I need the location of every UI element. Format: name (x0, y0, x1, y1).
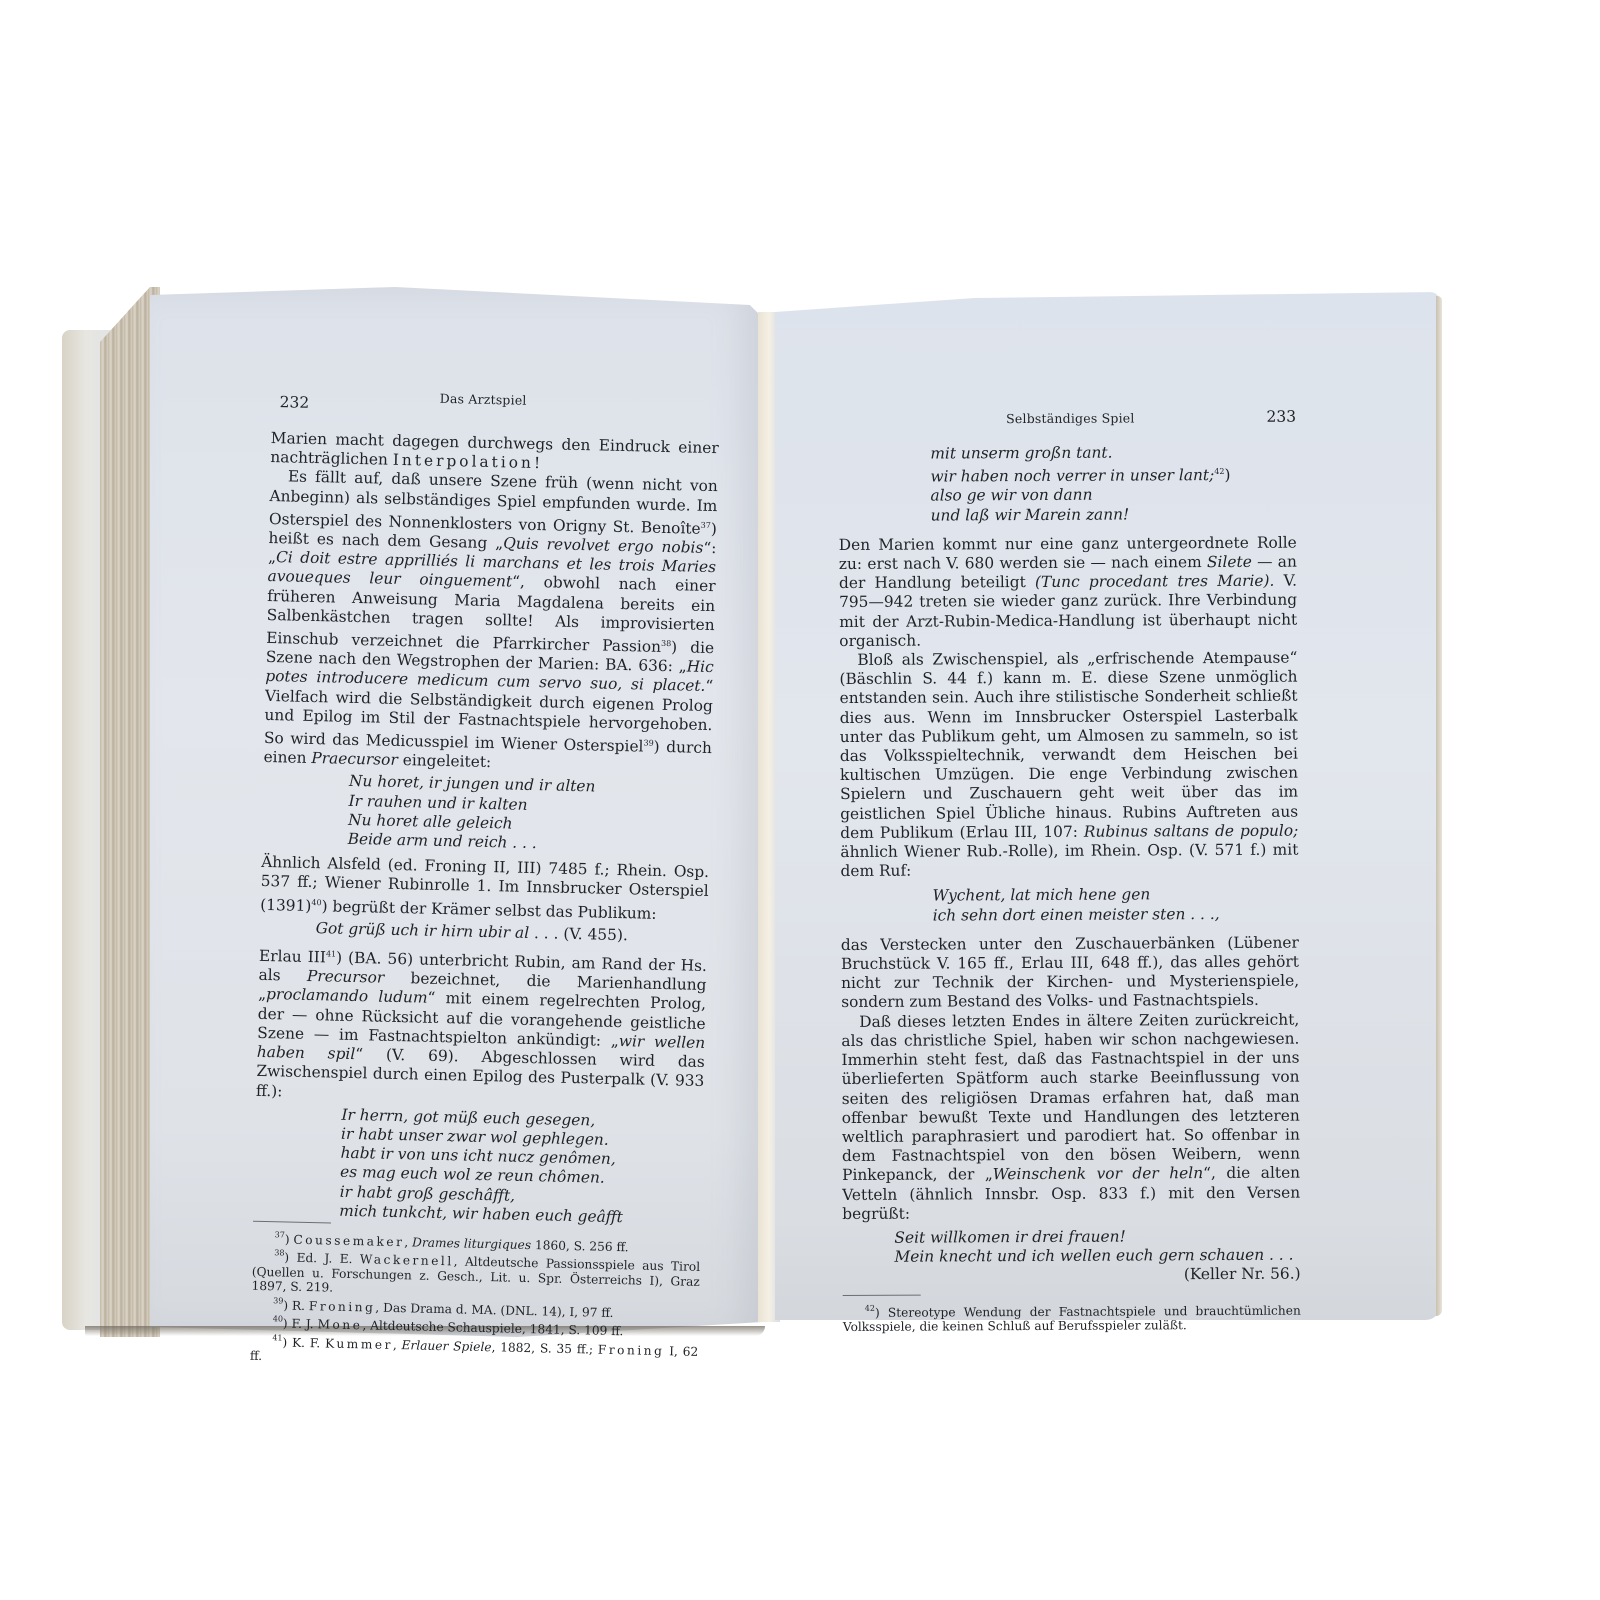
emphasized-word: Interpolation (393, 451, 535, 472)
paragraph: das Verstecken unter den Zuschauerbänken… (841, 933, 1299, 1012)
open-book: 232 Das Arztspiel Marien macht dagegen d… (0, 0, 1600, 1600)
footnotes-left: 37) Coussemaker, Drames liturgiques 1860… (250, 1228, 701, 1374)
paragraph: Erlau III41) (BA. 56) unterbricht Rubin,… (256, 943, 707, 1111)
footnote-ref: 41 (326, 949, 336, 958)
paragraph: Ähnlich Alsfeld (ed. Froning II, III) 74… (260, 853, 709, 925)
running-head-right: Selbständiges Spiel 233 (838, 396, 1296, 442)
footnote-ref: 37 (701, 521, 711, 530)
footnote-ref: 38 (661, 639, 671, 648)
left-page: 232 Das Arztspiel Marien macht dagegen d… (250, 385, 720, 1374)
right-page-edge (1436, 296, 1442, 1316)
verse-quote: Wychent, lat mich hene gen ich sehn dort… (933, 885, 1299, 925)
page-number-right: 233 (1266, 408, 1296, 427)
paragraph: Den Marien kommt nur eine ganz untergeor… (839, 533, 1298, 651)
verse-quote: Seit willkomen ir drei frauen! Mein knec… (894, 1227, 1300, 1287)
verse-quote: Nu horet, ir jungen und ir alten Ir rauh… (347, 772, 711, 857)
footnote-divider (253, 1221, 331, 1224)
paragraph: Es fällt auf, daß unsere Szene früh (wen… (263, 467, 718, 777)
footnote-ref: 42 (1214, 467, 1224, 476)
running-head-title-left: Das Arztspiel (440, 389, 527, 410)
running-head-title-right: Selbständiges Spiel (1006, 408, 1135, 428)
footnote-ref: 39 (643, 739, 653, 748)
footnotes-right: 42) Stereotype Wendung der Fastnachtspie… (843, 1299, 1301, 1334)
verse-quote: Ir herrn, got müß euch gesegen, ir habt … (339, 1105, 704, 1228)
right-page: Selbständiges Spiel 233 mit unserm großn… (838, 396, 1301, 1335)
page-number-left: 232 (279, 393, 309, 413)
verse-quote: mit unserm großn tant. wir haben noch ve… (930, 443, 1296, 526)
footnote: 42) Stereotype Wendung der Fastnachtspie… (843, 1299, 1301, 1334)
paragraph: Daß dieses letzten Endes in ältere Zeite… (841, 1010, 1300, 1224)
paragraph: Bloß als Zwischenspiel, als „erfrischend… (839, 649, 1298, 882)
citation: (Keller Nr. 56.) (895, 1265, 1301, 1286)
footnote-divider (843, 1294, 921, 1295)
